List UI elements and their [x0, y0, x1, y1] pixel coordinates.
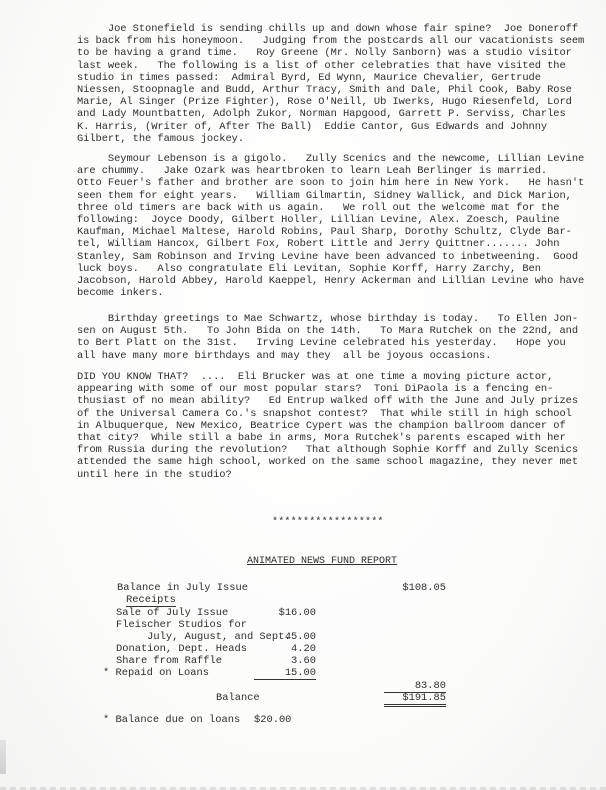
- text-line: Gilbert, the famous jockey.: [77, 133, 582, 145]
- text-line: to be having a grand time. Roy Greene (M…: [77, 47, 582, 59]
- opening-balance-amount: $108.05: [386, 582, 446, 594]
- text-line: to Bert Platt on the 31st. Irving Levine…: [77, 337, 582, 349]
- text-line: K. Harris, (Writer of, After The Ball) E…: [77, 121, 582, 133]
- report-title: ANIMATED NEWS FUND REPORT: [247, 556, 397, 567]
- closing-balance-label: Balance: [216, 692, 260, 704]
- text-line: Birthday greetings to Mae Schwartz, whos…: [77, 313, 582, 325]
- paragraph-birthdays: Birthday greetings to Mae Schwartz, whos…: [77, 313, 582, 362]
- receipt-amount: $16.00: [256, 607, 316, 619]
- footnote-amount: $20.00: [254, 714, 291, 726]
- text-line: last week. The following is a list of ot…: [77, 60, 582, 72]
- document-page: Joe Stonefield is sending chills up and …: [0, 0, 606, 790]
- text-line: sen on August 5th. To John Bida on the 1…: [77, 325, 582, 337]
- text-line: from Russia during the revolution? That …: [77, 444, 582, 456]
- receipts-heading: Receipts: [126, 594, 176, 607]
- paragraph-celebrity-visitors: Joe Stonefield is sending chills up and …: [77, 23, 582, 145]
- closing-balance-amount: $191.85: [384, 692, 446, 707]
- text-line: is back from his honeymoon. Judging from…: [77, 35, 582, 47]
- text-line: Otto Feuer's father and brother are soon…: [77, 177, 582, 189]
- text-line: and Lady Mountbatten, Adolph Zukor, Norm…: [77, 108, 582, 120]
- text-line: Niessen, Stoopnagle and Budd, Arthur Tra…: [77, 84, 582, 96]
- opening-balance-label: Balance in July Issue: [117, 582, 248, 594]
- text-line: three old timers are back with us again.…: [77, 202, 582, 214]
- receipt-amount: 4.20: [256, 643, 316, 655]
- receipt-label: Sale of July Issue: [116, 607, 228, 619]
- text-line: in Albuquerque, New Mexico, Beatrice Cyp…: [77, 420, 582, 432]
- text-line: of the Universal Camera Co.'s snapshot c…: [77, 408, 582, 420]
- text-line: all have many more birthdays and may the…: [77, 350, 582, 362]
- text-line: luck boys. Also congratulate Eli Levitan…: [77, 263, 582, 275]
- text-line: DID YOU KNOW THAT? .... Eli Brucker was …: [77, 371, 582, 383]
- text-line: thusiast of no mean ability? Ed Entrup w…: [77, 395, 582, 407]
- text-line: that city? While still a babe in arms, M…: [77, 432, 582, 444]
- text-line: studio in times passed: Admiral Byrd, Ed…: [77, 72, 582, 84]
- text-line: attended the same high school, worked on…: [77, 456, 582, 468]
- paragraph-did-you-know: DID YOU KNOW THAT? .... Eli Brucker was …: [77, 371, 582, 481]
- receipt-label: Donation, Dept. Heads: [116, 643, 247, 655]
- text-line: Seymour Lebenson is a gigolo. Zully Scen…: [77, 153, 582, 165]
- text-line: following: Joyce Doody, Gilbert Holler, …: [77, 214, 582, 226]
- text-line: Joe Stonefield is sending chills up and …: [77, 23, 582, 35]
- receipt-amount: 15.00: [254, 667, 316, 680]
- footnote-label: * Balance due on loans: [103, 714, 240, 726]
- receipt-label: Share from Raffle: [116, 655, 222, 667]
- text-line: Kaufman, Michael Maltese, Harold Robins,…: [77, 226, 582, 238]
- receipt-amount: 3.60: [256, 655, 316, 667]
- text-line: appearing with some of our most popular …: [77, 383, 582, 395]
- receipt-label: * Repaid on Loans: [103, 667, 209, 679]
- scan-edge-shadow: [0, 740, 6, 774]
- text-line: until here in the studio?: [77, 469, 582, 481]
- text-line: Stanley, Sam Robinson and Irving Levine …: [77, 251, 582, 263]
- text-line: tel, William Hancox, Gilbert Fox, Robert…: [77, 238, 582, 250]
- text-line: Jacobson, Harold Abbey, Harold Kaeppel, …: [77, 275, 582, 287]
- text-line: Marie, Al Singer (Prize Fighter), Rose O…: [77, 96, 582, 108]
- receipt-label: Fleischer Studios for: [116, 619, 247, 631]
- receipt-amount: 45.00: [256, 631, 316, 643]
- paragraph-staff-news: Seymour Lebenson is a gigolo. Zully Scen…: [77, 153, 582, 299]
- section-separator: ******************: [272, 517, 384, 528]
- text-line: are chummy. Jake Ozark was heartbroken t…: [77, 165, 582, 177]
- text-line: become inkers.: [77, 287, 582, 299]
- text-line: seen them for eight years. William Gilma…: [77, 190, 582, 202]
